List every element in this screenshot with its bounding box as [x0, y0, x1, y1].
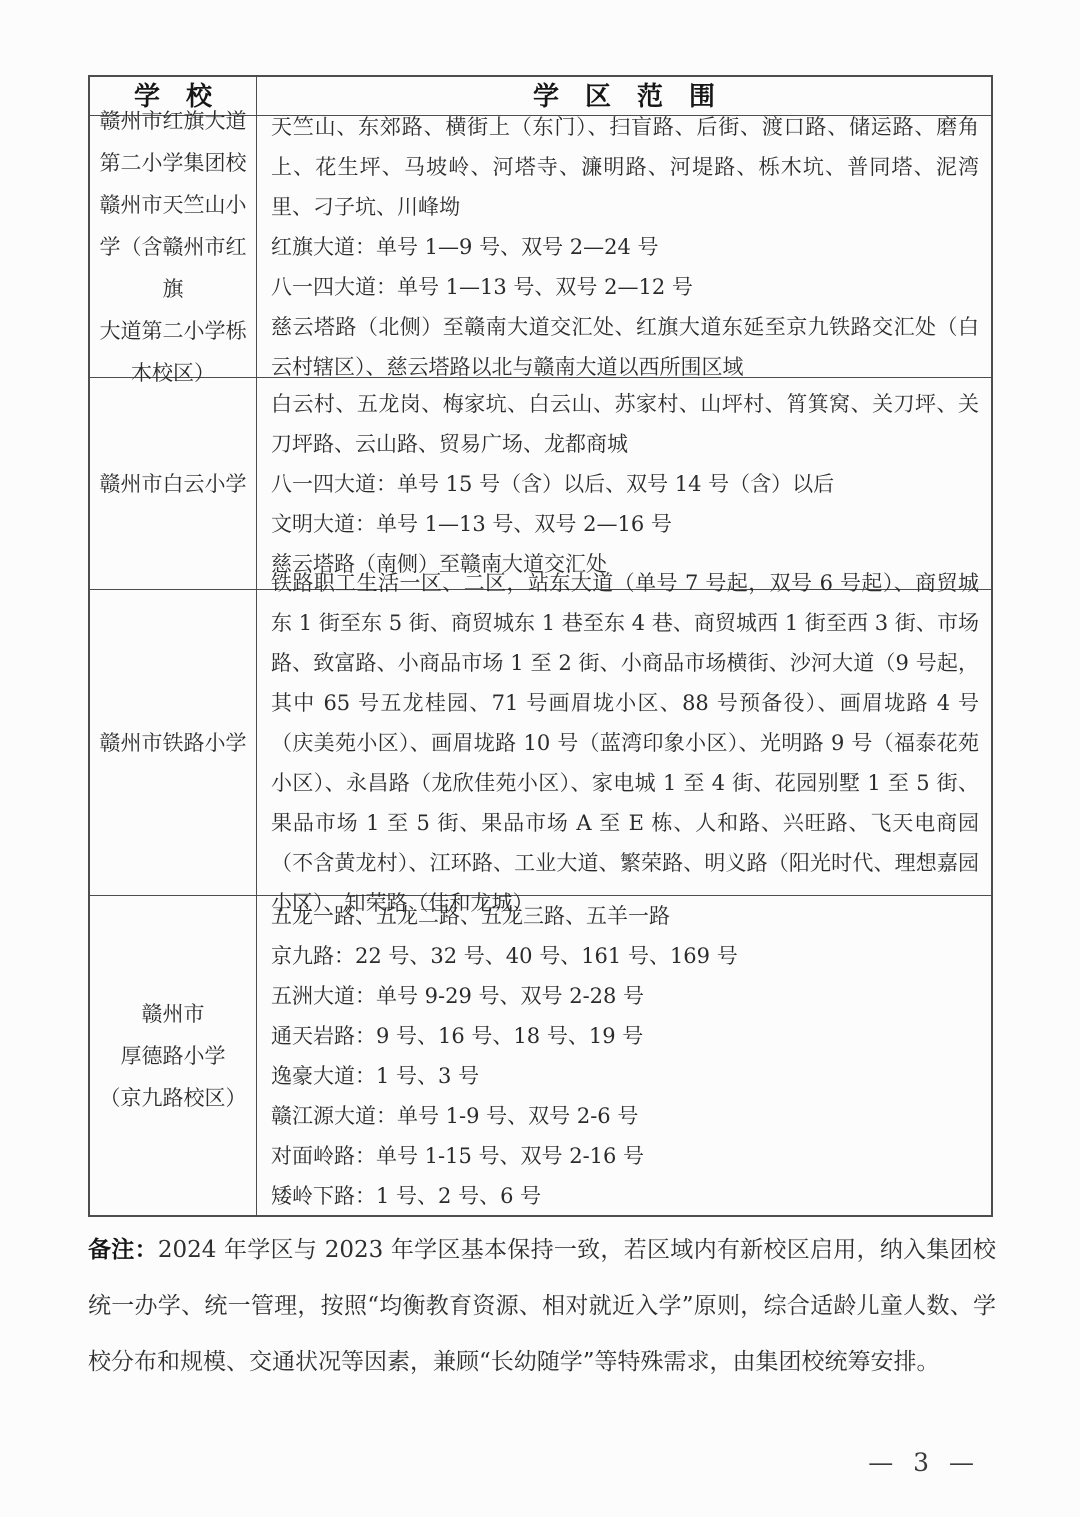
school-name-line: 赣州市 [142, 993, 205, 1035]
district-entry: 通天岩路：9 号、16 号、18 号、19 号 [271, 1016, 979, 1056]
school-name-line: 大道第二小学栎 [100, 310, 247, 352]
district-range-cell: 五龙一路、五龙二路、五龙三路、五羊一路京九路：22 号、32 号、40 号、16… [257, 896, 991, 1215]
school-name-line: 赣州市天竺山小 [100, 184, 247, 226]
district-entry: 红旗大道：单号 1—9 号、双号 2—24 号 [271, 227, 979, 267]
school-name-line: 赣州市白云小学 [100, 463, 247, 505]
district-entry: 京九路：22 号、32 号、40 号、161 号、169 号 [271, 936, 979, 976]
district-entry: 矮岭下路：1 号、2 号、6 号 [271, 1176, 979, 1216]
district-entry: 五龙一路、五龙二路、五龙三路、五羊一路 [271, 896, 979, 936]
district-entry: 白云村、五龙岗、梅家坑、白云山、苏家村、山坪村、筲箕窝、关刀坪、关刀坪路、云山路… [271, 384, 979, 464]
school-name-line: 赣州市红旗大道 [100, 100, 247, 142]
district-entry: 慈云塔路（北侧）至赣南大道交汇处、红旗大道东延至京九铁路交汇处（白云村辖区）、慈… [271, 307, 979, 387]
district-entry: 天竺山、东郊路、横街上（东门）、扫盲路、后街、渡口路、储运路、磨角上、花生坪、马… [271, 107, 979, 227]
school-name-cell: 赣州市红旗大道第二小学集团校赣州市天竺山小学（含赣州市红旗大道第二小学栎木校区） [90, 116, 257, 377]
school-name-cell: 赣州市厚德路小学（京九路校区） [90, 896, 257, 1215]
table-row: 赣州市铁路小学铁路职工生活一区、二区，站东大道（单号 7 号起，双号 6 号起）… [90, 589, 991, 895]
district-entry: 对面岭路：单号 1-15 号、双号 2-16 号 [271, 1136, 979, 1176]
footnote-text: 2024 年学区与 2023 年学区基本保持一致，若区域内有新校区启用，纳入集团… [88, 1237, 996, 1375]
school-name-cell: 赣州市白云小学 [90, 378, 257, 589]
district-entry: 赣江源大道：单号 1-9 号、双号 2-6 号 [271, 1096, 979, 1136]
school-name-line: 厚德路小学 [121, 1035, 226, 1077]
district-range-cell: 白云村、五龙岗、梅家坑、白云山、苏家村、山坪村、筲箕窝、关刀坪、关刀坪路、云山路… [257, 378, 991, 589]
district-entry: 铁路职工生活一区、二区，站东大道（单号 7 号起，双号 6 号起）、商贸城东 1… [271, 563, 979, 923]
district-entry: 八一四大道：单号 15 号（含）以后、双号 14 号（含）以后 [271, 464, 979, 504]
district-entry: 八一四大道：单号 1—13 号、双号 2—12 号 [271, 267, 979, 307]
page-number: — 3 — [868, 1448, 980, 1477]
school-name-line: （京九路校区） [100, 1077, 247, 1119]
document-page: 学 校 学 区 范 围 赣州市红旗大道第二小学集团校赣州市天竺山小学（含赣州市红… [0, 0, 1080, 1517]
school-name-line: 第二小学集团校 [100, 142, 247, 184]
school-name-line: 赣州市铁路小学 [100, 722, 247, 764]
school-name-line: 学（含赣州市红旗 [96, 226, 250, 310]
footnote-label: 备注： [88, 1236, 158, 1263]
district-range-cell: 天竺山、东郊路、横街上（东门）、扫盲路、后街、渡口路、储运路、磨角上、花生坪、马… [257, 116, 991, 377]
table-row: 赣州市厚德路小学（京九路校区）五龙一路、五龙二路、五龙三路、五羊一路京九路：22… [90, 895, 991, 1215]
school-name-cell: 赣州市铁路小学 [90, 590, 257, 895]
district-entry: 五洲大道：单号 9-29 号、双号 2-28 号 [271, 976, 979, 1016]
school-district-table: 学 校 学 区 范 围 赣州市红旗大道第二小学集团校赣州市天竺山小学（含赣州市红… [88, 75, 993, 1217]
table-row: 赣州市白云小学白云村、五龙岗、梅家坑、白云山、苏家村、山坪村、筲箕窝、关刀坪、关… [90, 377, 991, 589]
district-entry: 文明大道：单号 1—13 号、双号 2—16 号 [271, 504, 979, 544]
district-range-cell: 铁路职工生活一区、二区，站东大道（单号 7 号起，双号 6 号起）、商贸城东 1… [257, 590, 991, 895]
table-row: 赣州市红旗大道第二小学集团校赣州市天竺山小学（含赣州市红旗大道第二小学栎木校区）… [90, 115, 991, 377]
footnote: 备注：2024 年学区与 2023 年学区基本保持一致，若区域内有新校区启用，纳… [88, 1222, 996, 1390]
district-entry: 逸豪大道：1 号、3 号 [271, 1056, 979, 1096]
